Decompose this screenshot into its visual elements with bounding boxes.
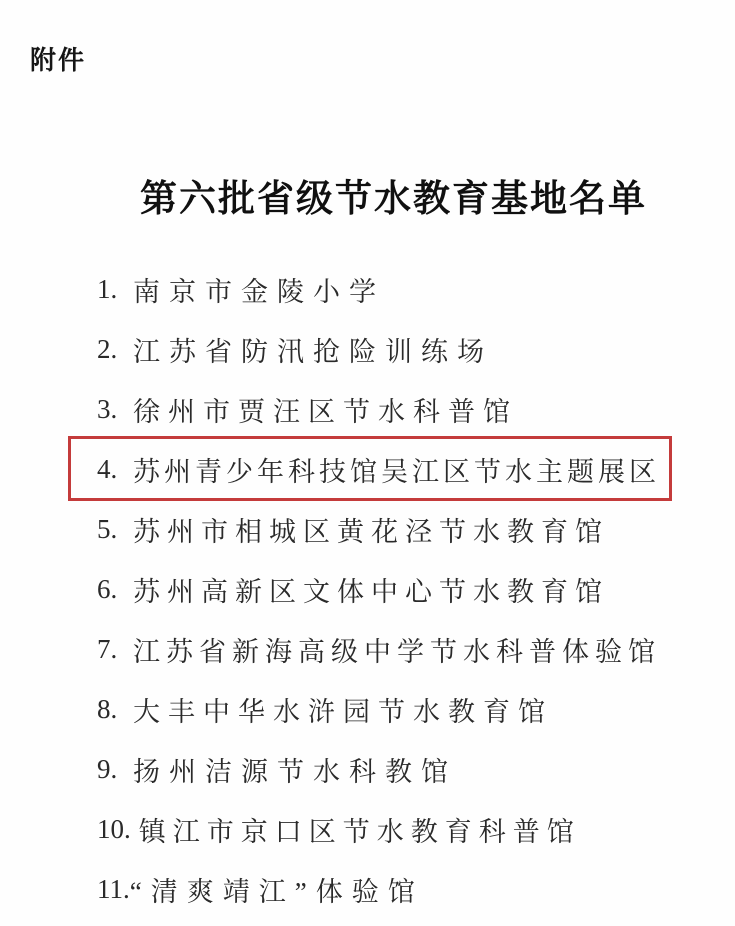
list-item: 9.扬州洁源节水科教馆 xyxy=(97,739,457,799)
item-text: 苏州青少年科技馆吴江区节水主题展区 xyxy=(133,450,660,489)
item-text: 南京市金陵小学 xyxy=(133,270,385,309)
item-number: 1. xyxy=(97,274,125,305)
base-list: 1.南京市金陵小学2.江苏省防汛抢险训练场3.徐州市贾汪区节水科普馆4.苏州青少… xyxy=(97,259,661,919)
item-number: 3. xyxy=(97,394,125,425)
item-text: 大丰中华水浒园节水教育馆 xyxy=(133,690,553,729)
item-text: 江苏省防汛抢险训练场 xyxy=(133,330,493,369)
item-number: 7. xyxy=(97,634,125,665)
item-number: 4. xyxy=(97,454,125,485)
item-text: 扬州洁源节水科教馆 xyxy=(133,750,457,789)
list-item: 2.江苏省防汛抢险训练场 xyxy=(97,319,493,379)
list-item: 3.徐州市贾汪区节水科普馆 xyxy=(97,379,518,439)
item-text: 苏州市相城区黄花泾节水教育馆 xyxy=(133,510,609,549)
list-item: 4.苏州青少年科技馆吴江区节水主题展区 xyxy=(97,439,660,499)
list-item: 11.“清爽靖江”体验馆 xyxy=(97,859,424,919)
item-number: 11. xyxy=(97,874,130,905)
item-number: 8. xyxy=(97,694,125,725)
item-text: 苏州高新区文体中心节水教育馆 xyxy=(133,570,609,609)
item-number: 6. xyxy=(97,574,125,605)
item-number: 9. xyxy=(97,754,125,785)
item-text: “清爽靖江”体验馆 xyxy=(130,870,424,909)
list-item: 10.镇江市京口区节水教育科普馆 xyxy=(97,799,581,859)
list-item: 8.大丰中华水浒园节水教育馆 xyxy=(97,679,553,739)
item-number: 5. xyxy=(97,514,125,545)
document-title: 第六批省级节水教育基地名单 xyxy=(26,168,735,222)
item-text: 江苏省新海高级中学节水科普体验馆 xyxy=(133,630,661,669)
attachment-label: 附件 xyxy=(30,40,86,77)
document-page: 附件 第六批省级节水教育基地名单 1.南京市金陵小学2.江苏省防汛抢险训练场3.… xyxy=(0,0,735,926)
list-item: 6.苏州高新区文体中心节水教育馆 xyxy=(97,559,609,619)
item-number: 2. xyxy=(97,334,125,365)
item-text: 镇江市京口区节水教育科普馆 xyxy=(139,810,581,849)
list-item: 1.南京市金陵小学 xyxy=(97,259,385,319)
list-item: 5.苏州市相城区黄花泾节水教育馆 xyxy=(97,499,609,559)
item-number: 10. xyxy=(97,814,131,845)
item-text: 徐州市贾汪区节水科普馆 xyxy=(133,390,518,429)
list-item: 7.江苏省新海高级中学节水科普体验馆 xyxy=(97,619,661,679)
